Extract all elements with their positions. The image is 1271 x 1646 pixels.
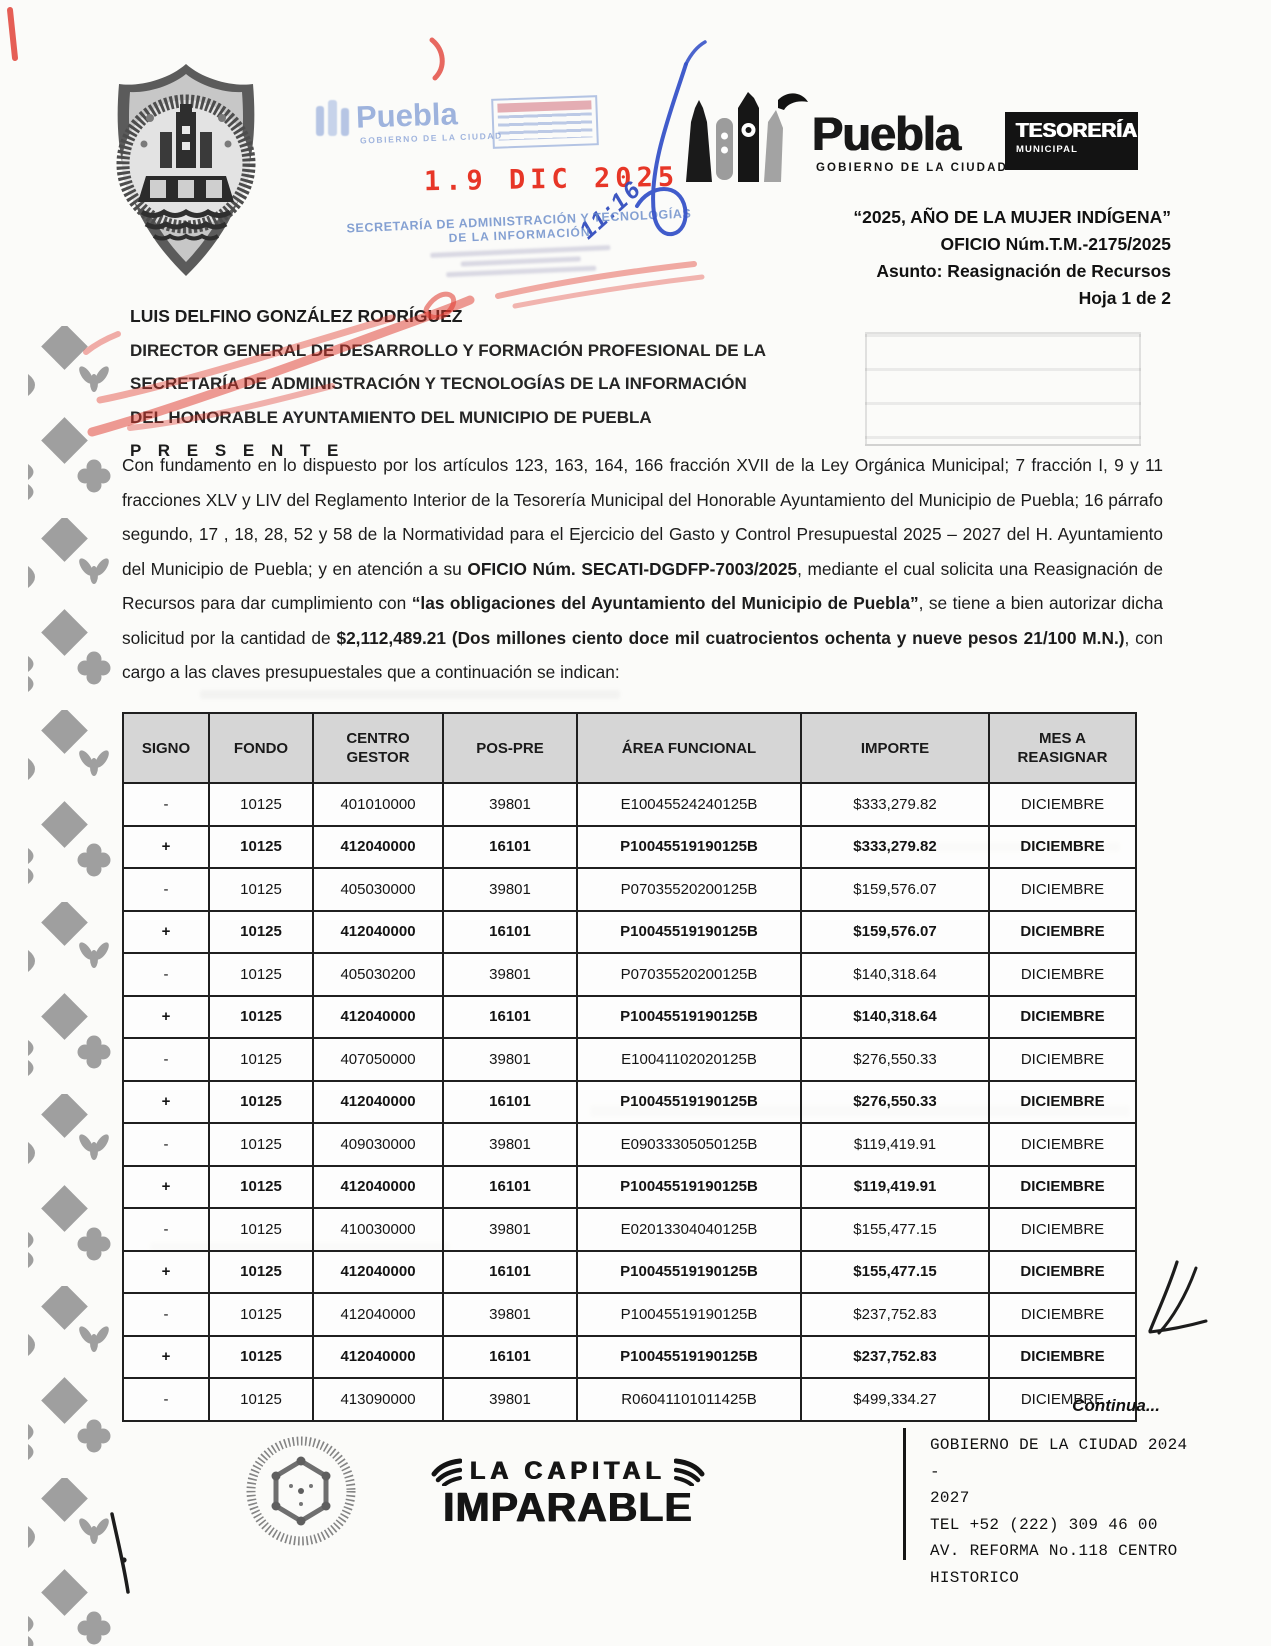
cell-area: P10045519190125B — [577, 1336, 801, 1379]
cell-fondo: 10125 — [209, 868, 313, 911]
cell-pospre: 39801 — [443, 1293, 577, 1336]
col-header-signo: SIGNO — [123, 713, 209, 783]
cell-mes: DICIEMBRE — [989, 783, 1136, 826]
cell-mes: DICIEMBRE — [989, 953, 1136, 996]
table-row: -1012540503000039801P07035520200125B$159… — [123, 868, 1136, 911]
cell-signo: - — [123, 1293, 209, 1336]
cell-fondo: 10125 — [209, 1123, 313, 1166]
cell-fondo: 10125 — [209, 1038, 313, 1081]
cell-pospre: 16101 — [443, 996, 577, 1039]
decorative-left-border — [28, 326, 116, 1646]
cell-pospre: 39801 — [443, 1123, 577, 1166]
cell-pospre: 39801 — [443, 1038, 577, 1081]
col-header-centro-gestor: CENTRO GESTOR — [313, 713, 443, 783]
cell-mes: DICIEMBRE — [989, 1293, 1136, 1336]
footer-address-line: GOBIERNO DE LA CIUDAD 2024 - — [930, 1432, 1190, 1485]
cell-importe: $276,550.33 — [801, 1081, 989, 1124]
cell-area: P10045519190125B — [577, 1081, 801, 1124]
budget-table-wrapper: SIGNO FONDO CENTRO GESTOR POS-PRE ÁREA F… — [122, 712, 1137, 1422]
footer-address-line: AV. REFORMA No.118 CENTRO — [930, 1538, 1190, 1565]
wing-left-icon — [422, 1456, 462, 1486]
cell-centro: 401010000 — [313, 783, 443, 826]
table-row: -1012541204000039801P10045519190125B$237… — [123, 1293, 1136, 1336]
table-header-row: SIGNO FONDO CENTRO GESTOR POS-PRE ÁREA F… — [123, 713, 1136, 783]
cell-area: P10045519190125B — [577, 1166, 801, 1209]
cell-mes: DICIEMBRE — [989, 826, 1136, 869]
cell-centro: 405030200 — [313, 953, 443, 996]
table-row: -1012541003000039801E02013304040125B$155… — [123, 1208, 1136, 1251]
wing-right-icon — [674, 1456, 714, 1486]
puebla-coat-of-arms — [106, 60, 266, 280]
budget-reassignment-table: SIGNO FONDO CENTRO GESTOR POS-PRE ÁREA F… — [122, 712, 1137, 1422]
cell-pospre: 39801 — [443, 953, 577, 996]
cell-pospre: 16101 — [443, 1336, 577, 1379]
puebla-logo-icons — [678, 88, 810, 184]
cell-signo: - — [123, 1038, 209, 1081]
cell-centro: 413090000 — [313, 1378, 443, 1421]
cell-signo: + — [123, 1251, 209, 1294]
cell-fondo: 10125 — [209, 1081, 313, 1124]
cell-fondo: 10125 — [209, 1208, 313, 1251]
footer-divider — [903, 1428, 906, 1560]
cell-area: R06041101011425B — [577, 1378, 801, 1421]
col-header-mes-a-reasignar: MES A REASIGNAR — [989, 713, 1136, 783]
document-page: Puebla GOBIERNO DE LA CIUDAD 1.9 DIC 202… — [0, 0, 1271, 1646]
cell-area: P10045519190125B — [577, 1251, 801, 1294]
table-row: +1012541204000016101P10045519190125B$276… — [123, 1081, 1136, 1124]
treasury-subtitle: MUNICIPAL — [1016, 144, 1138, 155]
cell-signo: + — [123, 1081, 209, 1124]
cell-fondo: 10125 — [209, 953, 313, 996]
cell-importe: $159,576.07 — [801, 911, 989, 954]
cell-pospre: 39801 — [443, 868, 577, 911]
puebla-logo-wordmark: Puebla — [812, 106, 960, 161]
cell-centro: 412040000 — [313, 996, 443, 1039]
cell-pospre: 39801 — [443, 1208, 577, 1251]
footer-address-line: 2027 — [930, 1485, 1190, 1512]
cell-signo: - — [123, 783, 209, 826]
cell-centro: 410030000 — [313, 1208, 443, 1251]
footer-address-line: HISTORICO — [930, 1565, 1190, 1592]
cell-fondo: 10125 — [209, 1336, 313, 1379]
reception-stamp-box — [491, 95, 599, 149]
cell-mes: DICIEMBRE — [989, 1251, 1136, 1294]
recipient-title-line: SECRETARÍA DE ADMINISTRACIÓN Y TECNOLOGÍ… — [130, 367, 766, 401]
cell-centro: 407050000 — [313, 1038, 443, 1081]
cell-importe: $333,279.82 — [801, 826, 989, 869]
year-motto: “2025, AÑO DE LA MUJER INDÍGENA” — [853, 204, 1171, 231]
cell-mes: DICIEMBRE — [989, 911, 1136, 954]
cell-importe: $140,318.64 — [801, 996, 989, 1039]
cell-centro: 412040000 — [313, 1293, 443, 1336]
table-row: -1012540101000039801E10045524240125B$333… — [123, 783, 1136, 826]
table-row: -1012541309000039801R06041101011425B$499… — [123, 1378, 1136, 1421]
cell-importe: $276,550.33 — [801, 1038, 989, 1081]
col-header-pos-pre: POS-PRE — [443, 713, 577, 783]
cell-signo: - — [123, 1123, 209, 1166]
equality-standard-seal — [246, 1436, 356, 1546]
cell-importe: $119,419.91 — [801, 1166, 989, 1209]
cell-centro: 405030000 — [313, 868, 443, 911]
department-stamp: SECRETARÍA DE ADMINISTRACIÓN Y TECNOLOGÍ… — [344, 206, 696, 281]
cell-centro: 412040000 — [313, 826, 443, 869]
body-paragraph: Con fundamento en lo dispuesto por los a… — [122, 448, 1163, 690]
body-text-bold: $2,112,489.21 (Dos millones ciento doce … — [336, 628, 1124, 648]
cell-centro: 409030000 — [313, 1123, 443, 1166]
capital-logo-top: LA CAPITAL — [470, 1457, 666, 1486]
cell-signo: + — [123, 996, 209, 1039]
table-row: +1012541204000016101P10045519190125B$119… — [123, 1166, 1136, 1209]
cell-area: P07035520200125B — [577, 953, 801, 996]
cell-mes: DICIEMBRE — [989, 1038, 1136, 1081]
cell-importe: $237,752.83 — [801, 1293, 989, 1336]
cell-mes: DICIEMBRE — [989, 1123, 1136, 1166]
col-header-fondo: FONDO — [209, 713, 313, 783]
cell-signo: - — [123, 1208, 209, 1251]
body-text-bold: “las obligaciones del Ayuntamiento del M… — [412, 593, 919, 613]
cell-pospre: 16101 — [443, 826, 577, 869]
table-row: +1012541204000016101P10045519190125B$155… — [123, 1251, 1136, 1294]
footer-address-line: TEL +52 (222) 309 46 00 — [930, 1512, 1190, 1539]
cell-importe: $237,752.83 — [801, 1336, 989, 1379]
cell-importe: $155,477.15 — [801, 1251, 989, 1294]
cell-importe: $499,334.27 — [801, 1378, 989, 1421]
cell-area: P10045519190125B — [577, 911, 801, 954]
cell-fondo: 10125 — [209, 1166, 313, 1209]
continua-note: Continua... — [1072, 1396, 1160, 1416]
cell-area: E10041102020125B — [577, 1038, 801, 1081]
cell-signo: + — [123, 911, 209, 954]
cell-centro: 412040000 — [313, 1081, 443, 1124]
cell-centro: 412040000 — [313, 1336, 443, 1379]
cell-pospre: 16101 — [443, 911, 577, 954]
oficio-header-block: “2025, AÑO DE LA MUJER INDÍGENA” OFICIO … — [853, 204, 1171, 312]
cell-area: P10045519190125B — [577, 1293, 801, 1336]
table-row: -1012540705000039801E10041102020125B$276… — [123, 1038, 1136, 1081]
reception-stamp-icons — [312, 96, 358, 140]
cell-importe: $140,318.64 — [801, 953, 989, 996]
cell-pospre: 16101 — [443, 1166, 577, 1209]
cell-pospre: 16101 — [443, 1251, 577, 1294]
cell-pospre: 39801 — [443, 1378, 577, 1421]
treasury-title: TESORERÍA — [1016, 119, 1138, 143]
cell-importe: $333,279.82 — [801, 783, 989, 826]
table-row: +1012541204000016101P10045519190125B$333… — [123, 826, 1136, 869]
bleedthrough-artifact — [200, 690, 620, 699]
cell-area: P07035520200125B — [577, 868, 801, 911]
col-header-importe: IMPORTE — [801, 713, 989, 783]
treasury-box: TESORERÍA MUNICIPAL — [1005, 112, 1138, 170]
cell-mes: DICIEMBRE — [989, 868, 1136, 911]
puebla-logo-subtitle: GOBIERNO DE LA CIUDAD — [816, 162, 1008, 174]
capital-logo-bottom: IMPARABLE — [418, 1484, 718, 1531]
table-row: -1012540903000039801E09033305050125B$119… — [123, 1123, 1136, 1166]
page-indicator: Hoja 1 de 2 — [853, 285, 1171, 312]
cell-area: E02013304040125B — [577, 1208, 801, 1251]
cell-signo: + — [123, 1166, 209, 1209]
cell-area: P10045519190125B — [577, 826, 801, 869]
bleedthrough-artifact — [865, 332, 1141, 446]
recipient-block: LUIS DELFINO GONZÁLEZ RODRÍGUEZ DIRECTOR… — [130, 300, 766, 468]
table-row: +1012541204000016101P10045519190125B$159… — [123, 911, 1136, 954]
cell-mes: DICIEMBRE — [989, 1336, 1136, 1379]
table-row: -1012540503020039801P07035520200125B$140… — [123, 953, 1136, 996]
cell-importe: $155,477.15 — [801, 1208, 989, 1251]
cell-fondo: 10125 — [209, 996, 313, 1039]
cell-area: P10045519190125B — [577, 996, 801, 1039]
cell-fondo: 10125 — [209, 783, 313, 826]
cell-pospre: 39801 — [443, 783, 577, 826]
body-text-bold: OFICIO Núm. SECATI-DGDFP-7003/2025 — [467, 559, 797, 579]
cell-fondo: 10125 — [209, 911, 313, 954]
cell-mes: DICIEMBRE — [989, 1081, 1136, 1124]
table-row: +1012541204000016101P10045519190125B$237… — [123, 1336, 1136, 1379]
cell-fondo: 10125 — [209, 826, 313, 869]
cell-centro: 412040000 — [313, 911, 443, 954]
cell-mes: DICIEMBRE — [989, 1208, 1136, 1251]
col-header-area-funcional: ÁREA FUNCIONAL — [577, 713, 801, 783]
cell-fondo: 10125 — [209, 1378, 313, 1421]
footer-address-block: GOBIERNO DE LA CIUDAD 2024 -2027TEL +52 … — [930, 1432, 1190, 1591]
reception-stamp-brand: Puebla — [355, 96, 458, 136]
cell-importe: $159,576.07 — [801, 868, 989, 911]
cell-fondo: 10125 — [209, 1293, 313, 1336]
cell-signo: - — [123, 953, 209, 996]
cell-signo: + — [123, 826, 209, 869]
oficio-number: OFICIO Núm.T.M.-2175/2025 — [853, 231, 1171, 258]
cell-mes: DICIEMBRE — [989, 1166, 1136, 1209]
table-row: +1012541204000016101P10045519190125B$140… — [123, 996, 1136, 1039]
cell-area: E09033305050125B — [577, 1123, 801, 1166]
recipient-title-line: DIRECTOR GENERAL DE DESARROLLO Y FORMACI… — [130, 334, 766, 368]
oficio-subject: Asunto: Reasignación de Recursos — [853, 258, 1171, 285]
cell-area: E10045524240125B — [577, 783, 801, 826]
cell-fondo: 10125 — [209, 1251, 313, 1294]
cell-centro: 412040000 — [313, 1251, 443, 1294]
cell-centro: 412040000 — [313, 1166, 443, 1209]
recipient-name: LUIS DELFINO GONZÁLEZ RODRÍGUEZ — [130, 300, 766, 334]
cell-importe: $119,419.91 — [801, 1123, 989, 1166]
cell-mes: DICIEMBRE — [989, 996, 1136, 1039]
cell-signo: - — [123, 1378, 209, 1421]
cell-signo: + — [123, 1336, 209, 1379]
recipient-title-line: DEL HONORABLE AYUNTAMIENTO DEL MUNICIPIO… — [130, 401, 766, 435]
capital-imparable-logo: LA CAPITAL IMPARABLE — [418, 1456, 718, 1531]
cell-signo: - — [123, 868, 209, 911]
cell-pospre: 16101 — [443, 1081, 577, 1124]
